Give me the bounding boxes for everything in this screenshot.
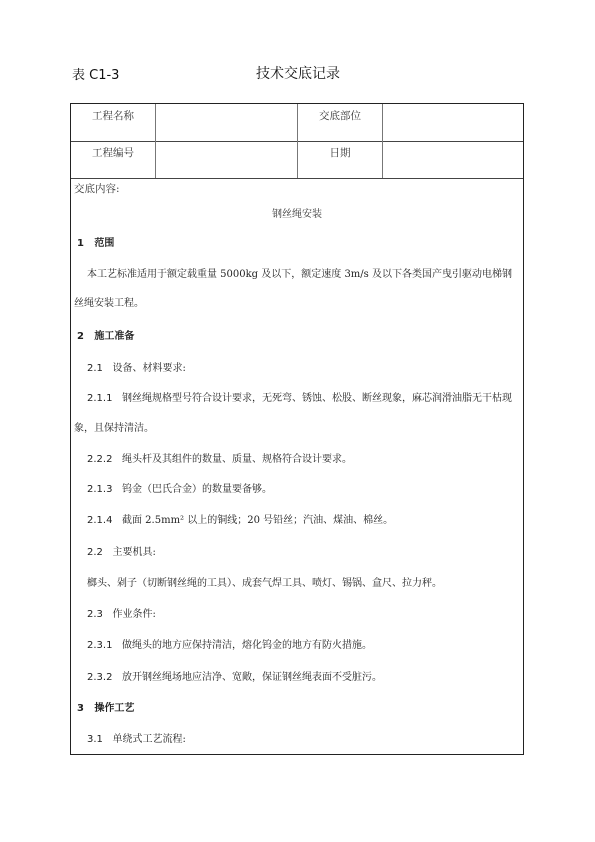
paragraph: 榔头、剁子（切断钢丝绳的工具）、成套气焊工具、喷灯、锡锅、盒尺、拉力秤。 <box>87 574 442 589</box>
project-name-field[interactable] <box>156 104 297 141</box>
project-number-field[interactable] <box>156 142 297 178</box>
subsection: 2.1 设备、材料要求: <box>87 359 186 374</box>
date-field[interactable] <box>383 142 523 178</box>
content-label: 交底内容: <box>74 181 120 196</box>
location-field[interactable] <box>383 104 523 141</box>
subsection: 2.2.2 绳头杆及其组件的数量、质量、规格符合设计要求。 <box>87 450 352 465</box>
subsection: 2.3 作业条件: <box>87 605 156 620</box>
row-divider <box>71 178 523 179</box>
paragraph-continued: 象，且保持清洁。 <box>74 419 154 434</box>
subsection: 3.1 单绕式工艺流程: <box>87 730 186 745</box>
date-label: 日期 <box>298 145 382 160</box>
subsection: 2.3.1 做绳头的地方应保持清洁，熔化钨金的地方有防火措施。 <box>87 636 372 651</box>
subsection: 2.1.3 钨金（巴氏合金）的数量要备够。 <box>87 480 272 495</box>
project-name-label: 工程名称 <box>71 108 155 123</box>
section-heading: 3 操作工艺 <box>77 699 134 714</box>
subsection: 2.2 主要机具: <box>87 543 156 558</box>
paragraph-continued: 丝绳安装工程。 <box>74 294 144 309</box>
form-code: 表 C1-3 <box>72 64 119 83</box>
subsection: 2.1.1 钢丝绳规格型号符合设计要求，无死弯、锈蚀、松股、断丝现象，麻芯润滑油… <box>87 389 512 404</box>
subsection: 2.3.2 放开钢丝绳场地应洁净、宽敞，保证钢丝绳表面不受脏污。 <box>87 668 382 683</box>
record-table: 工程名称 交底部位 工程编号 日期 交底内容: 钢丝绳安装 1 范围 本工艺标准… <box>70 103 524 755</box>
subsection: 2.1.4 截面 2.5mm² 以上的铜线；20 号铅丝；汽油、煤油、棉丝。 <box>87 511 393 526</box>
document-title: 钢丝绳安装 <box>71 205 523 220</box>
location-label: 交底部位 <box>298 108 382 123</box>
section-heading: 1 范围 <box>77 234 114 249</box>
section-heading: 2 施工准备 <box>77 327 134 342</box>
page-title: 技术交底记录 <box>256 63 340 83</box>
paragraph: 本工艺标准适用于额定载重量 5000kg 及以下，额定速度 3m/s 及以下各类… <box>87 265 512 280</box>
project-number-label: 工程编号 <box>71 145 155 160</box>
